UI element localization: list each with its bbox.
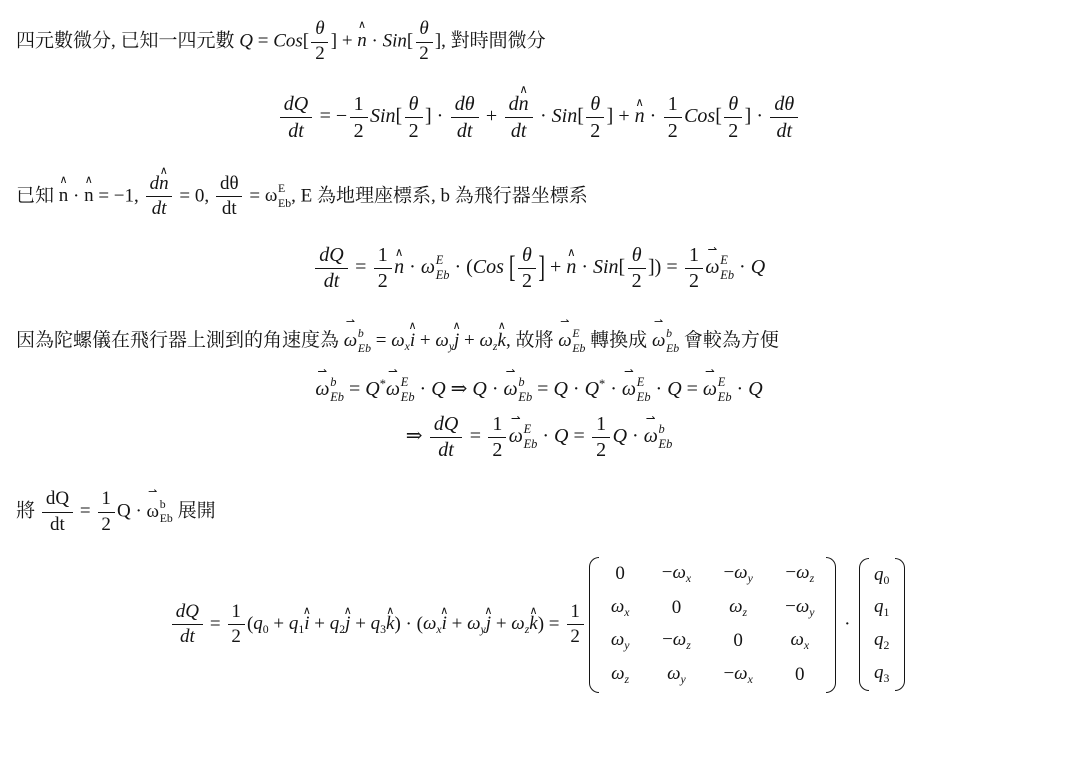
math-text: Eb [160, 512, 173, 525]
math-base: ⇀ω [558, 330, 571, 351]
math-scripted: q0 [253, 613, 268, 637]
math-var: ω [421, 256, 435, 278]
math-text: 2 [884, 639, 890, 652]
math-text: ω [147, 501, 160, 522]
equation-frame-transform-line2: ⇒ dQdt = 12⇀ωEEb · Q = 12Q · ⇀ωbEb [16, 412, 1062, 463]
math-text: · [734, 256, 751, 278]
vec-accent-icon: ⇀ [646, 413, 656, 425]
math-var: dQ [434, 413, 458, 435]
math-sub: x [686, 572, 691, 585]
math-var: ω [734, 562, 747, 583]
math-accent-base: n [357, 30, 367, 51]
math-fraction: θ2 [628, 243, 646, 294]
math-text: = −1, [94, 185, 144, 206]
math-base: q [874, 596, 884, 617]
math-var: ω [672, 562, 685, 583]
math-sub: x [748, 673, 753, 686]
math-supsub-stack: bEb [659, 422, 673, 453]
math-scripted: q3 [874, 662, 889, 686]
math-text: b [160, 498, 166, 511]
math-accent-base: ω [705, 256, 719, 278]
math-accent-base: ω [644, 425, 658, 447]
matrix-cell: ωz [611, 663, 629, 687]
math-sup: b [160, 498, 173, 513]
math-sub: Eb [330, 390, 344, 406]
hat-accent-icon: ∧ [453, 320, 461, 331]
math-text: 1 [884, 606, 890, 619]
math-fraction: 12 [567, 601, 584, 649]
math-numerator: θ [628, 243, 646, 269]
matrix-cell: ωy [611, 629, 630, 653]
math-base: ⇀ω [622, 378, 636, 400]
math-text: 0 [615, 563, 625, 584]
math-text: = [532, 378, 553, 400]
math-scripted: ωz [511, 613, 529, 637]
math-var: q [371, 613, 381, 634]
math-scripted: ωz [611, 663, 629, 687]
math-var: θ [632, 244, 642, 266]
math-accent-base: ω [558, 330, 571, 351]
math-text: · [627, 425, 644, 447]
math-text: · ( [449, 256, 472, 278]
math-text: · [404, 256, 421, 278]
math-sub: 1 [884, 606, 890, 619]
math-var: y [809, 606, 814, 619]
math-fraction: 12 [374, 243, 392, 294]
math-text: · [732, 378, 749, 400]
document-page: 四元數微分, 已知一四元數 Q = Cos[θ2] + ∧n · Sin[θ2]… [0, 0, 1072, 758]
math-var: Eb [436, 268, 450, 282]
math-fraction: 12 [592, 412, 610, 463]
math-base: ⇀ω [703, 378, 717, 400]
math-var: Eb [720, 268, 734, 282]
math-denominator: dt [451, 118, 479, 143]
math-numerator: θ [586, 92, 604, 118]
math-var: ω [729, 596, 742, 617]
math-scripted: ωEEb [421, 253, 450, 284]
math-var: ω [790, 629, 803, 650]
math-text: · [535, 105, 552, 127]
math-accented: ⇀ω [652, 327, 665, 356]
math-sub: z [743, 606, 748, 619]
math-text: 1 [596, 413, 606, 435]
matrix-cell: −ωy [723, 562, 752, 586]
matrix-cell: −ωz [662, 629, 691, 653]
math-var: x [748, 673, 753, 686]
math-var: ω [703, 378, 717, 400]
math-var: ω [611, 596, 624, 617]
math-numerator: 1 [98, 488, 115, 513]
math-base: ω [611, 629, 624, 650]
math-text: 2 [689, 270, 699, 292]
math-supsub-stack: EEb [524, 422, 538, 453]
math-text: 1 [492, 413, 502, 435]
math-denominator: 2 [664, 118, 682, 143]
vec-accent-icon: ⇀ [346, 316, 355, 327]
math-base: ω [673, 629, 686, 650]
math-sub: z [810, 572, 815, 585]
math-var: ω [435, 330, 448, 351]
math-text: = [371, 330, 391, 351]
math-var: ω [558, 330, 571, 351]
hat-accent-icon: ∧ [529, 605, 537, 616]
math-fraction: dQdt [172, 601, 203, 649]
math-text: , 故將 [506, 330, 558, 351]
math-base: ω [435, 330, 448, 351]
matrix-cell: ωy [667, 663, 686, 687]
math-text: 1 [668, 93, 678, 115]
math-supsub-stack: EEb [720, 253, 734, 284]
math-sub: y [681, 673, 686, 686]
math-accent-base: ω [147, 501, 160, 522]
math-text: · [839, 613, 855, 634]
math-base: ω [511, 613, 524, 634]
hat-accent-icon: ∧ [498, 320, 506, 331]
math-sup: b [330, 375, 344, 391]
math-sub: Eb [659, 437, 673, 453]
math-var: dt [438, 439, 454, 461]
math-accented: ∧j [486, 613, 491, 635]
equation-frame-transform-line1: ⇀ωbEb = Q*⇀ωEEb · Q ⇒ Q · ⇀ωbEb = Q · Q*… [16, 375, 1062, 406]
math-var: ω [315, 378, 329, 400]
math-var: ω [611, 629, 624, 650]
math-numerator: dθ [216, 173, 242, 198]
math-text: 2 [419, 43, 429, 64]
math-accent-base: ω [504, 378, 518, 400]
math-var: z [743, 606, 748, 619]
hat-accent-icon: ∧ [386, 605, 394, 616]
hat-accent-icon: ∧ [635, 97, 644, 109]
math-numerator: 1 [592, 412, 610, 438]
math-text: ]) = [648, 256, 683, 278]
math-accented: ∧n [357, 27, 367, 56]
math-fraction: 12 [685, 243, 703, 294]
math-text: ) · ( [394, 613, 422, 634]
math-var: Q [748, 378, 762, 400]
math-base: ω [796, 596, 809, 617]
math-accented: ∧i [304, 613, 309, 635]
math-var: dt [288, 120, 304, 142]
matrix-cell: q1 [874, 596, 889, 620]
math-denominator: 2 [518, 269, 536, 294]
math-base: ⇀ω [386, 378, 400, 400]
math-denominator: dt [280, 118, 312, 143]
math-base: q [289, 613, 299, 634]
math-fraction: 12 [664, 92, 682, 143]
math-text: · [367, 30, 383, 51]
math-var: θ [409, 93, 419, 115]
math-var: Eb [666, 342, 679, 355]
math-numerator: 1 [350, 92, 368, 118]
math-base: ⇀ω [644, 425, 658, 447]
math-accent-base: ω [386, 378, 400, 400]
math-var: ω [644, 425, 658, 447]
math-text: − [723, 663, 734, 684]
math-denominator: 2 [724, 118, 742, 143]
math-base: q [874, 662, 884, 683]
math-var: i [410, 330, 415, 351]
math-scripted: ωx [611, 596, 630, 620]
math-var: E [524, 422, 532, 436]
math-sub: Eb [401, 390, 415, 406]
math-sub: Eb [524, 437, 538, 453]
math-text: · [68, 185, 84, 206]
math-sub: Eb [720, 268, 734, 284]
math-var: E [572, 327, 579, 340]
math-text: 1 [689, 244, 699, 266]
math-accented: ∧n [159, 173, 169, 196]
paragraph-known-conditions: 已知 ∧n · ∧n = −1, d∧ndt = 0, dθdt = ωEEb,… [16, 173, 1062, 221]
math-var: ω [796, 596, 809, 617]
math-text: 2 [590, 120, 600, 142]
math-var: q [289, 613, 299, 634]
math-var: q [330, 613, 340, 634]
math-numerator: 1 [374, 243, 392, 269]
math-var: d [509, 93, 519, 115]
math-fraction: θ2 [586, 92, 604, 143]
math-fraction: dθdt [451, 92, 479, 143]
math-denominator: 2 [567, 625, 584, 649]
matrix-cell: 0 [615, 563, 625, 585]
math-accent-base: ω [315, 378, 329, 400]
math-numerator: θ [311, 18, 328, 43]
math-supsub-stack: bEb [358, 327, 371, 356]
math-var: q [253, 613, 263, 634]
math-numerator: d∧n [505, 92, 533, 118]
math-base: Q [585, 378, 599, 400]
math-var: ω [673, 629, 686, 650]
math-text: [ [577, 105, 584, 127]
hat-accent-icon: ∧ [484, 605, 492, 616]
math-var: dt [777, 120, 793, 142]
math-base: ⇀ω [147, 501, 160, 522]
math-denominator: dt [430, 438, 462, 463]
math-var: θ [419, 18, 428, 39]
math-scripted: ωEEb [265, 182, 291, 211]
math-var: x [804, 640, 809, 653]
math-var: ω [467, 613, 480, 634]
math-fraction: d∧ndt [505, 92, 533, 143]
math-supsub-stack: EEb [278, 182, 291, 211]
math-accented: ⇀ω [315, 378, 329, 401]
math-text: ω [265, 185, 278, 206]
math-var: dt [511, 120, 527, 142]
math-supsub-stack: EEb [401, 375, 415, 406]
math-sup: E [436, 253, 450, 269]
math-text: 已知 [16, 185, 59, 206]
math-matrix: q0q1q2q3 [859, 558, 905, 691]
math-var: dθ [774, 93, 794, 115]
math-text: ) = [538, 613, 565, 634]
math-fraction: 12 [228, 601, 245, 649]
math-denominator: dt [172, 625, 203, 649]
math-var: j [454, 330, 459, 351]
math-accent-base: ω [344, 330, 357, 351]
math-accent-base: n [519, 93, 529, 115]
math-var: Sin [593, 256, 619, 278]
math-base: q [874, 564, 884, 585]
math-var: b [659, 422, 665, 436]
math-accented: ∧n [84, 182, 94, 211]
math-sub: Eb [666, 342, 679, 357]
math-base: ⇀ω [705, 256, 719, 278]
math-text: + [481, 105, 502, 127]
math-sub: y [624, 640, 629, 653]
math-text: 2 [378, 270, 388, 292]
math-scripted: ⇀ωEEb [509, 422, 538, 453]
math-sub: Eb [278, 197, 291, 212]
math-var: ω [509, 425, 523, 447]
math-text: + [545, 256, 566, 278]
math-text: ⇒ [406, 425, 428, 447]
math-scripted: ⇀ωbEb [344, 327, 371, 356]
math-var: E [720, 253, 728, 267]
math-var: Q [431, 378, 445, 400]
math-fraction: dθdt [216, 173, 242, 221]
math-var: d [150, 173, 160, 194]
math-text: 會較為方便 [679, 330, 779, 351]
math-sub: 3 [884, 672, 890, 685]
vec-accent-icon: ⇀ [654, 316, 663, 327]
math-text: [ [619, 256, 626, 278]
math-numerator: θ [724, 92, 742, 118]
hat-accent-icon: ∧ [519, 84, 528, 96]
math-fraction: dQdt [315, 243, 347, 294]
equation-frame-transform: ⇀ωbEb = Q*⇀ωEEb · Q ⇒ Q · ⇀ωbEb = Q · Q*… [16, 375, 1062, 463]
math-var: E [401, 375, 409, 389]
math-text: 1 [101, 488, 111, 509]
math-var: q [874, 596, 884, 617]
math-denominator: 2 [311, 43, 328, 67]
math-text: [ [407, 30, 413, 51]
math-var: Eb [572, 342, 585, 355]
math-var: θ [522, 244, 532, 266]
math-text: 0 [672, 597, 682, 618]
math-text: 1 [570, 601, 580, 622]
math-denominator: 2 [374, 269, 392, 294]
math-text: · [415, 378, 432, 400]
math-accented: ∧k [498, 327, 506, 356]
math-supsub-stack: bEb [330, 375, 344, 406]
math-var: Sin [383, 30, 407, 51]
math-scripted: ⇀ωEEb [703, 375, 732, 406]
math-text: 展開 [173, 501, 216, 522]
math-sub: x [804, 640, 809, 653]
math-accented: ∧n [59, 182, 69, 211]
math-var: Q [239, 30, 253, 51]
math-base: q [874, 629, 884, 650]
math-base: ω [423, 613, 436, 634]
math-text: = [245, 185, 265, 206]
math-accented: ∧n [394, 256, 404, 279]
math-supsub-stack: bEb [160, 498, 173, 527]
math-base: ω [480, 330, 493, 351]
math-accent-base: ω [622, 378, 636, 400]
math-text: + [415, 330, 435, 351]
matrix-cell: q0 [874, 564, 889, 588]
math-var: b [358, 327, 364, 340]
math-accent-base: j [454, 330, 459, 351]
math-numerator: dQ [42, 488, 73, 513]
math-scripted: Q* [585, 377, 606, 401]
matrix-cell: −ωy [785, 596, 814, 620]
math-base: ω [265, 185, 278, 206]
math-text: 2 [570, 626, 580, 647]
math-var: n [519, 93, 529, 115]
math-base: q [253, 613, 263, 634]
math-base: ω [734, 562, 747, 583]
math-var: b [330, 375, 336, 389]
math-var: Eb [718, 390, 732, 404]
math-accented: ⇀ω [644, 425, 658, 448]
math-sub: z [625, 673, 630, 686]
math-denominator: 2 [405, 118, 423, 143]
vec-accent-icon: ⇀ [511, 413, 521, 425]
math-base: ω [672, 562, 685, 583]
hat-accent-icon: ∧ [160, 165, 168, 176]
math-scripted: q0 [874, 564, 889, 588]
math-sub: Eb [518, 390, 532, 406]
math-text: 0 [733, 630, 743, 651]
math-scripted: ωy [611, 629, 630, 653]
math-accented: ∧n [566, 256, 576, 279]
math-var: Eb [524, 437, 538, 451]
math-text: ] · [745, 105, 768, 127]
math-sup: E [637, 375, 651, 391]
math-text: = [682, 378, 703, 400]
math-scripted: q1 [874, 596, 889, 620]
math-supsub-stack: EEb [436, 253, 450, 284]
right-paren-icon [826, 557, 836, 693]
hat-accent-icon: ∧ [408, 320, 416, 331]
math-text: − [785, 562, 796, 583]
math-base: q [371, 613, 381, 634]
math-scripted: ⇀ωbEb [504, 375, 533, 406]
matrix-cell: q2 [874, 629, 889, 653]
math-numerator: θ [405, 92, 423, 118]
equation-derivative-expansion: dQdt = −12Sin[θ2] · dθdt + d∧ndt · Sin[θ… [16, 92, 1062, 143]
math-fraction: 12 [350, 92, 368, 143]
math-var: Q [365, 378, 379, 400]
math-var: b [666, 327, 672, 340]
math-sub: Eb [572, 342, 585, 357]
math-var: ω [611, 663, 624, 684]
hat-accent-icon: ∧ [567, 247, 576, 259]
math-numerator: d∧n [146, 173, 173, 198]
math-scripted: ⇀ωbEb [644, 422, 673, 453]
math-var: ω [504, 378, 518, 400]
math-big-bracket: ] [538, 250, 545, 286]
math-text: 因為陀螺儀在飛行器上測到的角速度為 [16, 330, 344, 351]
math-accented: ⇀ω [504, 378, 518, 401]
math-scripted: ⇀ωEEb [558, 327, 585, 356]
left-paren-icon [589, 557, 599, 693]
math-text: = [465, 425, 486, 447]
math-numerator: dθ [451, 92, 479, 118]
math-var: E [637, 375, 645, 389]
math-sup: b [518, 375, 532, 391]
math-text: ], 對時間微分 [435, 30, 546, 51]
math-text: [ [303, 30, 309, 51]
math-text: · [645, 105, 662, 127]
math-text: 1 [231, 601, 241, 622]
math-base: ω [391, 330, 404, 351]
math-text: − [662, 562, 673, 583]
math-base: ω [611, 596, 624, 617]
math-fraction: θ2 [311, 18, 328, 66]
hat-accent-icon: ∧ [358, 19, 366, 30]
math-scripted: ωy [467, 613, 486, 637]
